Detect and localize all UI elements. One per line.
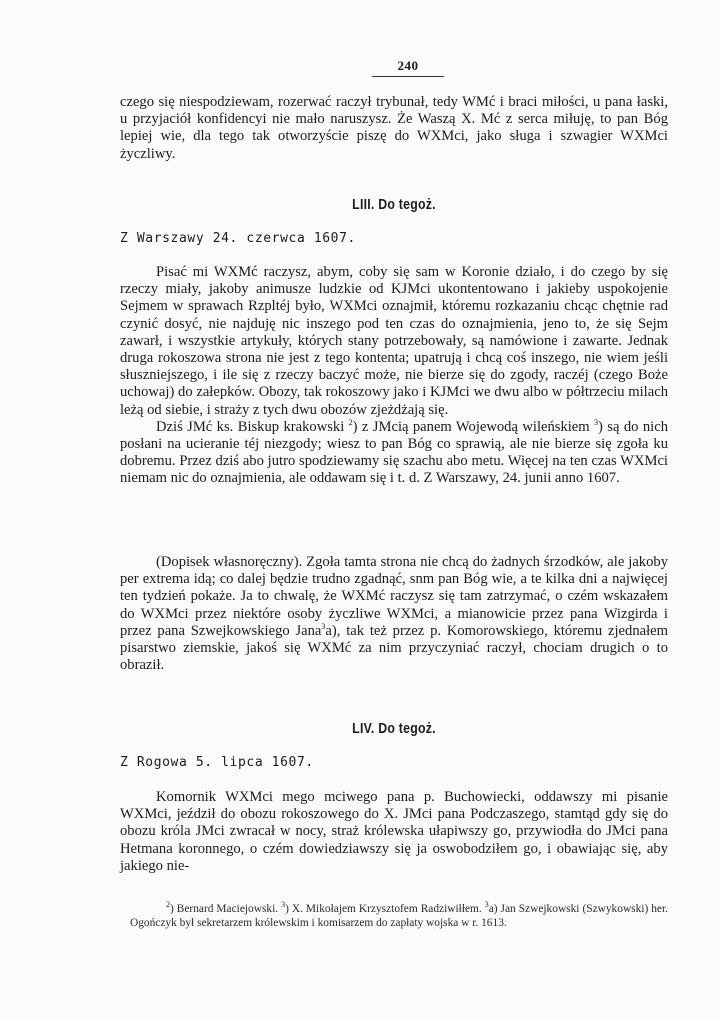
letter-54-heading: LIV. Do tegoż.: [169, 720, 618, 737]
continuation-text: czego się niespodziewam, rozerwać raczył…: [120, 94, 668, 163]
letter-53-dateline: Z Warszawy 24. czerwca 1607.: [120, 231, 356, 246]
letter-53-paragraph-1: Pisać mi WXMć raczysz, abym, coby się sa…: [120, 264, 668, 419]
para2-text-b: ) z JMcią panem Wojewodą wileńskiem: [353, 419, 594, 435]
para2-text-a: Dziś JMć ks. Biskup krakowski: [156, 419, 349, 435]
footnote-2: ) Bernard Maciejowski.: [170, 903, 281, 915]
postscript-paragraph: (Dopisek własnoręczny). Zgoła tamta stro…: [120, 554, 668, 674]
letter-53-paragraph-2: Dziś JMć ks. Biskup krakowski 2) z JMcią…: [120, 419, 668, 488]
footnote-block: 2) Bernard Maciejowski. 3) X. Mikołajem …: [130, 903, 668, 930]
letter-54-body: Komornik WXMci mego mciwego pana p. Buch…: [120, 789, 668, 875]
footnotes: 2) Bernard Maciejowski. 3) X. Mikołajem …: [130, 903, 668, 930]
continuation-paragraph: czego się niespodziewam, rozerwać raczył…: [120, 94, 668, 163]
letter-54-dateline: Z Rogowa 5. lipca 1607.: [120, 755, 314, 770]
page-number: 240: [372, 58, 444, 77]
footnote-3: ) X. Mikołajem Krzysztofem Radziwiłłem.: [285, 903, 485, 915]
letter-53-heading: LIII. Do tegoż.: [169, 196, 618, 213]
letter-53-body: Pisać mi WXMć raczysz, abym, coby się sa…: [120, 264, 668, 488]
letter-54-paragraph-1: Komornik WXMci mego mciwego pana p. Buch…: [120, 789, 668, 875]
letter-53-postscript: (Dopisek własnoręczny). Zgoła tamta stro…: [120, 554, 668, 674]
